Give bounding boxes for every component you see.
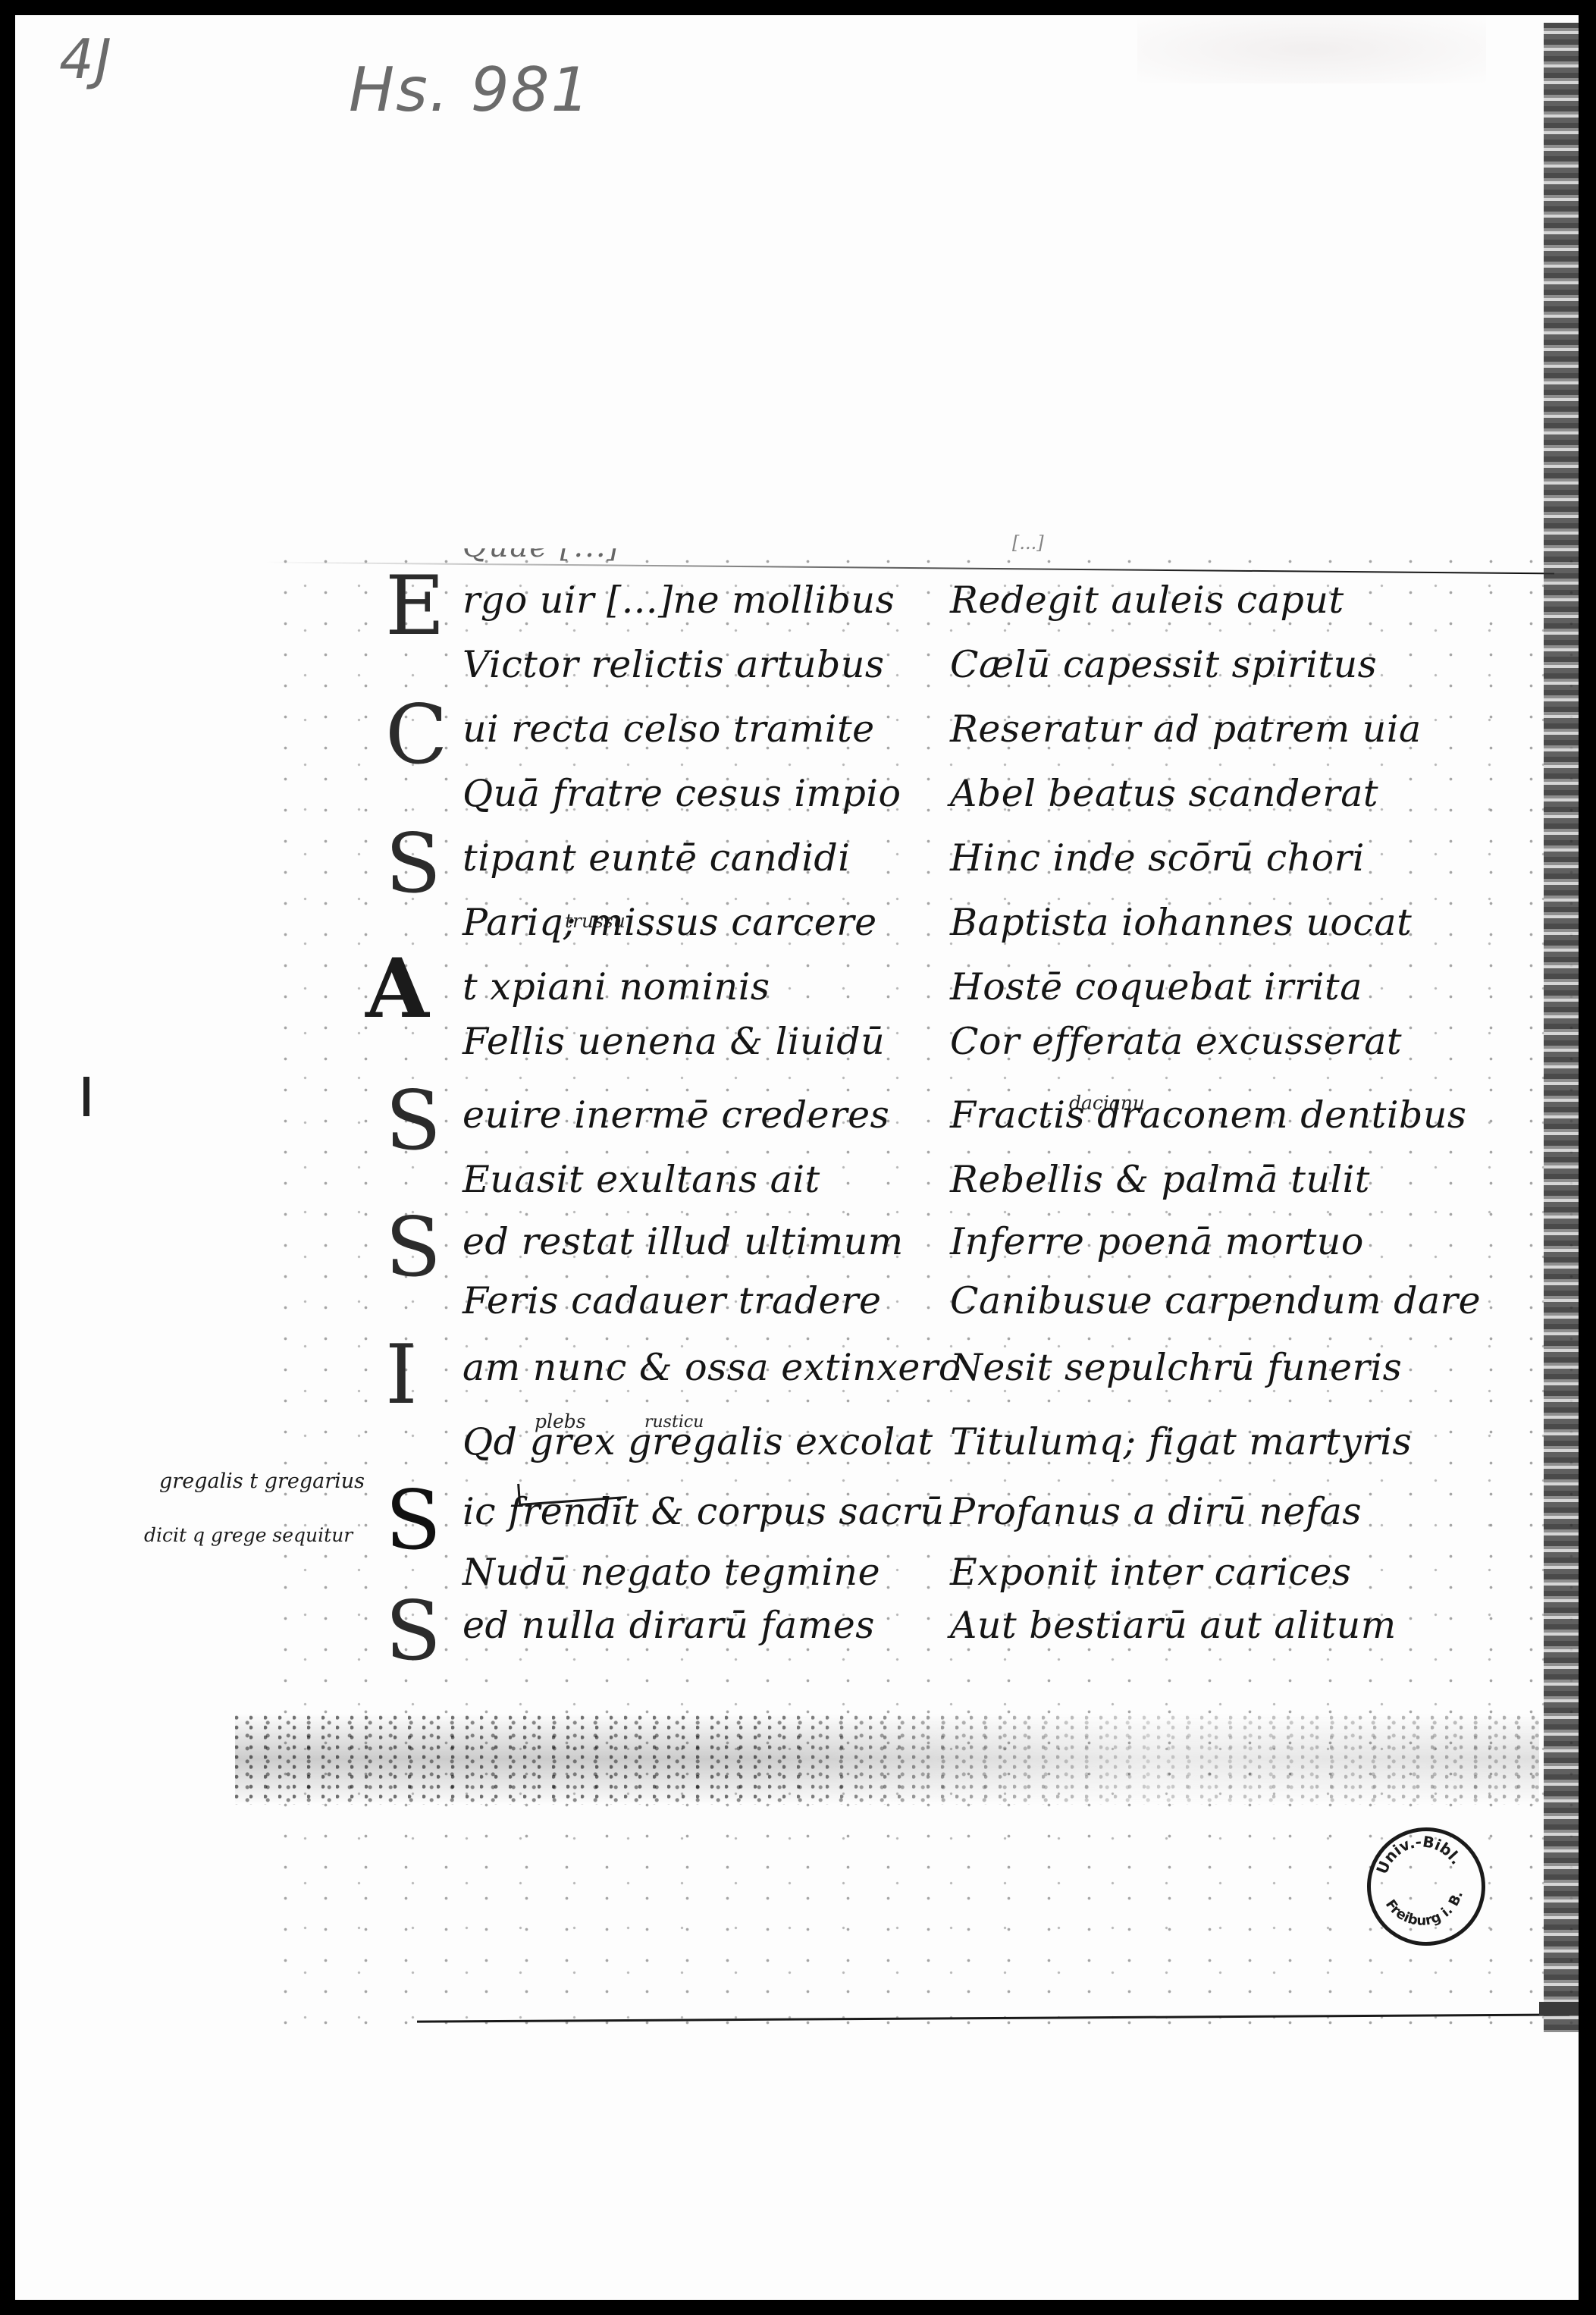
verse-line-left: ed restat illud ultimum — [462, 1201, 904, 1263]
svg-text:Freiburg i. B.: Freiburg i. B. — [1381, 1887, 1471, 1934]
verse-line-right: Nesit sepulchrū funeris — [950, 1327, 1402, 1389]
shelfmark: Hs. 981 — [349, 55, 591, 125]
verse-line-right: Canibusue carpendum dare — [950, 1260, 1481, 1322]
verse-line-right: Baptista iohannes uocat — [950, 882, 1412, 944]
initial-letter: I — [385, 1335, 418, 1416]
verse-line-left: ed nulla dirarū fames — [462, 1585, 875, 1647]
initial-letter: E — [385, 566, 445, 648]
verse-line-right: Inferre poenā mortuo — [950, 1201, 1364, 1263]
initial-letter: C — [385, 695, 448, 776]
verse-line-left: Victor relictis artubus — [462, 624, 885, 686]
verse-line-left: Pariq; missus carcere — [462, 882, 877, 944]
cut-off-top-line-right: [...] — [1012, 532, 1044, 554]
stamp-line-1: Univ.-Bibl. — [1369, 1827, 1467, 1879]
verse-line-left: Euasit exultans ait — [462, 1139, 820, 1201]
manuscript-leaf-photocopy: Quae [...] [...] E rgo uir [...]ne molli… — [265, 546, 1579, 2025]
verse-line-right: Cor efferata excusserat — [950, 1001, 1402, 1063]
verse-line-right: Hostē coquebat irrita — [950, 946, 1362, 1008]
verse-line-left: euire inermē crederes — [462, 1074, 889, 1137]
initial-letter: A — [365, 948, 429, 1030]
verse-line-left: Qd grex gregalis excolat — [462, 1401, 933, 1463]
initial-letter: S — [385, 1081, 441, 1162]
verse-line-left: Quā fratre cesus impio — [462, 753, 901, 815]
folio-number: 4J — [59, 27, 113, 91]
stamp-line-2: Freiburg i. B. — [1381, 1887, 1471, 1934]
damaged-lower-band — [235, 1714, 1539, 1805]
verse-line-right: Profanus a dirū nefas — [950, 1471, 1362, 1533]
verse-line-right: Hinc inde scōrū chori — [950, 817, 1365, 880]
leaf-corner-shadow — [1539, 2002, 1579, 2015]
verse-line-left: am nunc & ossa extinxero — [462, 1327, 961, 1389]
paper-discoloration — [1137, 15, 1486, 83]
verse-line-left: rgo uir [...]ne mollibus — [462, 560, 895, 622]
verse-line-right: Reseratur ad patrem uia — [950, 689, 1422, 751]
initial-letter: S — [385, 1591, 441, 1673]
verse-line-right: Fractis draconem dentibus — [950, 1074, 1467, 1137]
verse-line-right: Redegit auleis caput — [950, 560, 1344, 622]
verse-line-left: Feris cadauer tradere — [462, 1260, 882, 1322]
verse-line-right: Cælū capessit spiritus — [950, 624, 1377, 686]
svg-text:Univ.-Bibl.: Univ.-Bibl. — [1369, 1827, 1467, 1879]
verse-line-left: tipant euntē candidi — [462, 817, 850, 880]
initial-letter: S — [385, 1480, 441, 1562]
scanned-page: 4J Hs. 981 Quae [...] [...] E rgo uir [.… — [15, 15, 1579, 2300]
margin-mark — [83, 1077, 89, 1116]
verse-line-right: Titulumq; figat martyris — [950, 1401, 1412, 1463]
verse-line-left: t xpiani nominis — [462, 946, 770, 1008]
verse-line-left: ic frendit & corpus sacrū — [462, 1471, 945, 1533]
margin-gloss: gregalis t gregarius — [159, 1470, 365, 1493]
stamp-text-ring: Univ.-Bibl. Freiburg i. B. — [1359, 1821, 1485, 1946]
initial-letter: S — [385, 823, 441, 905]
verse-line-left: ui recta celso tramite — [462, 689, 875, 751]
verse-line-left: Fellis uenena & liuidū — [462, 1001, 885, 1063]
margin-gloss: dicit q grege sequitur — [144, 1524, 353, 1546]
library-stamp: Univ.-Bibl. Freiburg i. B. — [1359, 1820, 1493, 1953]
leaf-top-edge — [265, 562, 1554, 575]
verse-line-right: Abel beatus scanderat — [950, 753, 1378, 815]
leaf-bottom-edge — [417, 2013, 1569, 2022]
verse-line-right: Aut bestiarū aut alitum — [950, 1585, 1397, 1647]
initial-letter: S — [385, 1207, 441, 1289]
leaf-right-edge-shadow — [1544, 23, 1579, 2032]
verse-line-right: Rebellis & palmā tulit — [950, 1139, 1370, 1201]
